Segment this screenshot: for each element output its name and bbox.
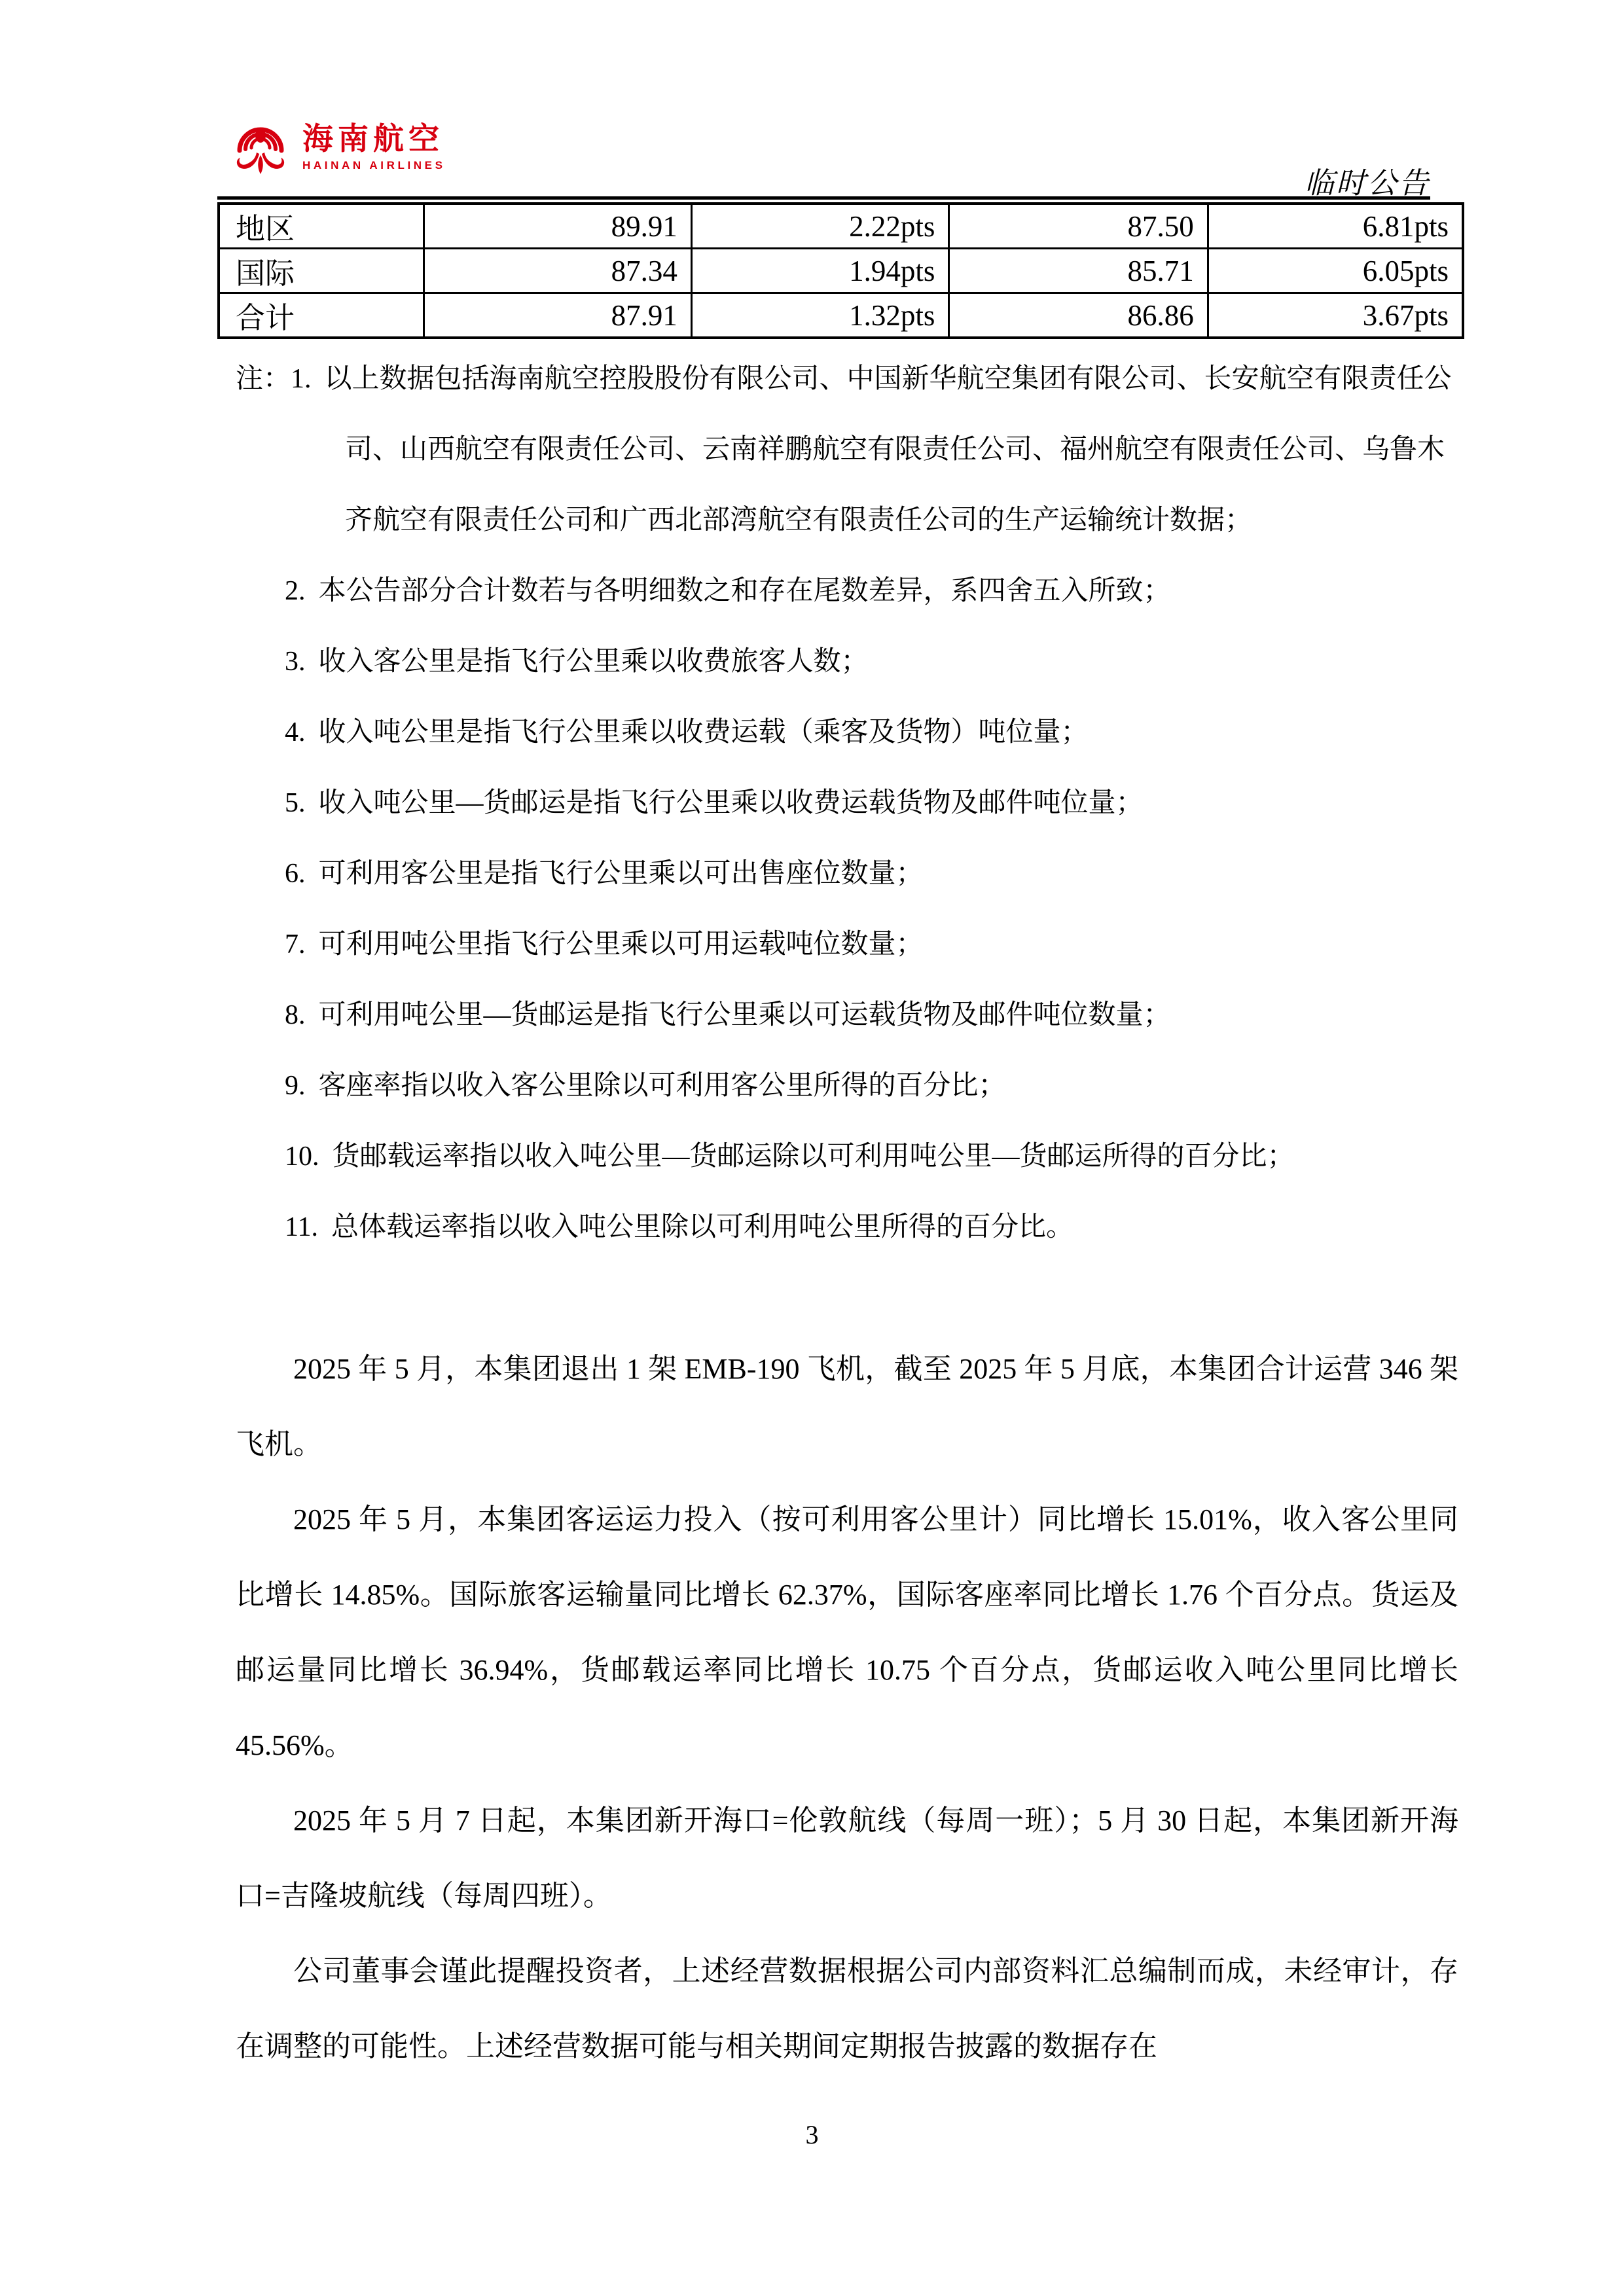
note-text: 可利用吨公里—货邮运是指飞行公里乘以可运载货物及邮件吨位数量； [319, 1000, 1171, 1030]
note-text: 收入客公里是指飞行公里乘以收费旅客人数； [319, 647, 869, 677]
note-text: 以上数据包括海南航空控股股份有限公司、中国新华航空集团有限公司、长安航空有限责任… [325, 364, 1452, 535]
hainan-airlines-emblem-icon [230, 113, 291, 179]
document-type-label: 临时公告 [1305, 159, 1430, 202]
note-item-7: 7.可利用吨公里指飞行公里乘以可用运载吨位数量； [236, 909, 1458, 980]
notes-prefix: 注： [236, 364, 291, 394]
note-text: 可利用吨公里指飞行公里乘以可用运载吨位数量； [319, 929, 924, 960]
note-text: 客座率指以收入客公里除以可利用客公里所得的百分比； [319, 1071, 1006, 1101]
table-cell: 3.67pts [1208, 293, 1463, 338]
table-row-international: 国际 87.34 1.94pts 85.71 6.05pts [219, 249, 1463, 293]
page-number: 3 [0, 2119, 1624, 2150]
table-cell: 6.81pts [1208, 204, 1463, 249]
note-number: 11. [285, 1212, 318, 1242]
table-cell: 89.91 [424, 204, 692, 249]
note-number: 2. [285, 576, 306, 606]
table-cell: 1.32pts [691, 293, 949, 338]
note-number: 10. [285, 1141, 319, 1172]
table-cell: 86.86 [949, 293, 1208, 338]
notes-section: 注：1.以上数据包括海南航空控股股份有限公司、中国新华航空集团有限公司、长安航空… [236, 344, 1458, 1263]
hainan-airlines-logo: 海南航空 HAINAN AIRLINES [230, 113, 446, 179]
paragraph-capacity-growth: 2025 年 5 月，本集团客运运力投入（按可利用客公里计）同比增长 15.01… [236, 1482, 1458, 1783]
note-text: 货邮载运率指以收入吨公里—货邮运除以可利用吨公里—货邮运所得的百分比； [333, 1141, 1295, 1172]
table-cell: 85.71 [949, 249, 1208, 293]
header-divider [217, 196, 1430, 200]
brand-name-english: HAINAN AIRLINES [302, 159, 446, 172]
table-cell: 87.34 [424, 249, 692, 293]
note-number: 9. [285, 1071, 306, 1101]
note-number: 7. [285, 929, 306, 960]
brand-name-chinese: 海南航空 [302, 122, 446, 155]
note-text: 本公告部分合计数若与各明细数之和存在尾数差异，系四舍五入所致； [319, 576, 1171, 606]
note-item-4: 4.收入吨公里是指飞行公里乘以收费运载（乘客及货物）吨位量； [236, 697, 1458, 768]
note-number: 8. [285, 1000, 306, 1030]
note-text: 可利用客公里是指飞行公里乘以可出售座位数量； [319, 859, 924, 889]
table-cell: 2.22pts [691, 204, 949, 249]
table-row-total: 合计 87.91 1.32pts 86.86 3.67pts [219, 293, 1463, 338]
table-cell: 87.50 [949, 204, 1208, 249]
operating-data-table: 地区 89.91 2.22pts 87.50 6.81pts 国际 87.34 … [217, 202, 1464, 339]
row-label: 合计 [219, 293, 424, 338]
paragraph-fleet: 2025 年 5 月，本集团退出 1 架 EMB-190 飞机，截至 2025 … [236, 1331, 1458, 1482]
table-cell: 1.94pts [691, 249, 949, 293]
note-item-9: 9.客座率指以收入客公里除以可利用客公里所得的百分比； [236, 1050, 1458, 1121]
note-item-6: 6.可利用客公里是指飞行公里乘以可出售座位数量； [236, 838, 1458, 909]
note-item-8: 8.可利用吨公里—货邮运是指飞行公里乘以可运载货物及邮件吨位数量； [236, 980, 1458, 1050]
note-item-5: 5.收入吨公里—货邮运是指飞行公里乘以收费运载货物及邮件吨位量； [236, 768, 1458, 838]
note-text: 收入吨公里—货邮运是指飞行公里乘以收费运载货物及邮件吨位量； [319, 788, 1144, 818]
note-text: 总体载运率指以收入吨公里除以可利用吨公里所得的百分比。 [331, 1212, 1074, 1242]
paragraph-new-routes: 2025 年 5 月 7 日起，本集团新开海口=伦敦航线（每周一班）；5 月 3… [236, 1783, 1458, 1933]
logo-text: 海南航空 HAINAN AIRLINES [302, 113, 446, 172]
paragraph-board-reminder: 公司董事会谨此提醒投资者，上述经营数据根据公司内部资料汇总编制而成，未经审计，存… [236, 1933, 1458, 2084]
table-row-regional: 地区 89.91 2.22pts 87.50 6.81pts [219, 204, 1463, 249]
note-item-11: 11.总体载运率指以收入吨公里除以可利用吨公里所得的百分比。 [236, 1192, 1458, 1263]
note-item-3: 3.收入客公里是指飞行公里乘以收费旅客人数； [236, 626, 1458, 697]
note-item-2: 2.本公告部分合计数若与各明细数之和存在尾数差异，系四舍五入所致； [236, 556, 1458, 626]
row-label: 国际 [219, 249, 424, 293]
note-number: 4. [285, 717, 306, 747]
table-cell: 87.91 [424, 293, 692, 338]
table-cell: 6.05pts [1208, 249, 1463, 293]
body-text: 2025 年 5 月，本集团退出 1 架 EMB-190 飞机，截至 2025 … [236, 1331, 1458, 2084]
row-label: 地区 [219, 204, 424, 249]
note-number: 5. [285, 788, 306, 818]
note-text: 收入吨公里是指飞行公里乘以收费运载（乘客及货物）吨位量； [319, 717, 1089, 747]
note-number: 3. [285, 647, 306, 677]
announcement-page: 海南航空 HAINAN AIRLINES 临时公告 地区 89.91 2.22p… [0, 0, 1624, 2296]
note-number: 6. [285, 859, 306, 889]
note-item-1: 注：1.以上数据包括海南航空控股股份有限公司、中国新华航空集团有限公司、长安航空… [236, 344, 1458, 556]
note-item-10: 10.货邮载运率指以收入吨公里—货邮运除以可利用吨公里—货邮运所得的百分比； [236, 1121, 1458, 1192]
note-number: 1. [291, 364, 312, 394]
